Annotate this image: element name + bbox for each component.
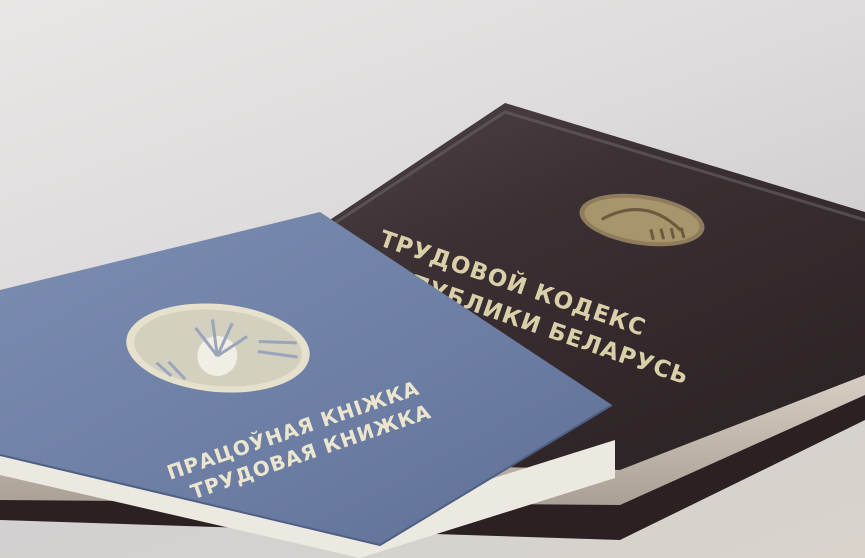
- photo-scene: ТРУДОВОЙ КОДЕКС РЕСПУБЛИКИ БЕЛАРУСЬ ПРАЦ…: [0, 0, 865, 558]
